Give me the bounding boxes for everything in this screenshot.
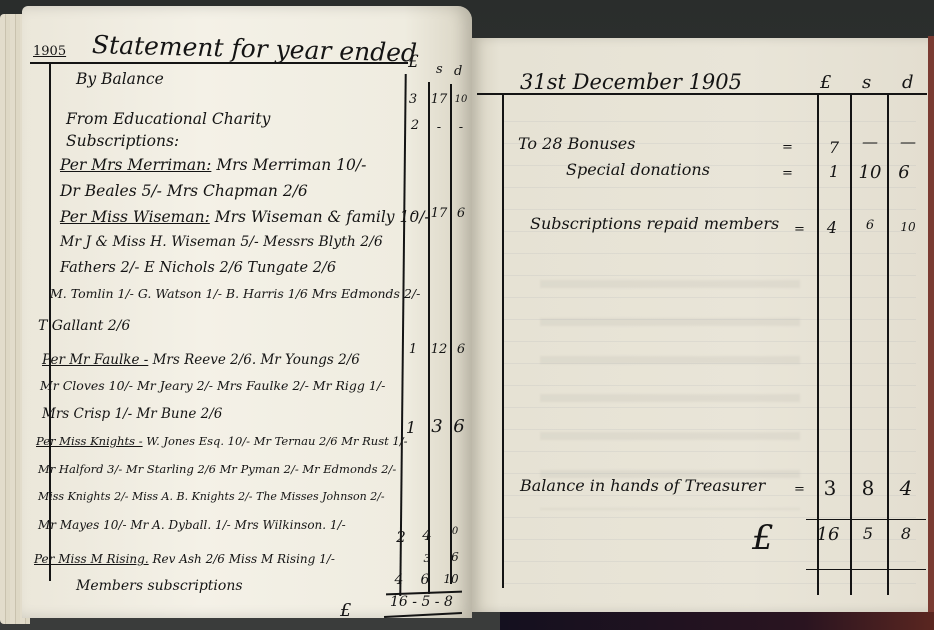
amount-pounds: 3 [816, 476, 844, 500]
shillings-column-rule [850, 95, 852, 595]
equals-mark: = [782, 140, 793, 155]
amount-shillings: 3 [416, 552, 438, 565]
equals-mark: = [782, 166, 793, 181]
amount-pence: 6 [890, 162, 918, 183]
pounds-header: £ [408, 52, 419, 72]
book-cover-bottom [500, 612, 934, 630]
pounds-header: £ [820, 72, 831, 93]
ledger-entry: M. Tomlin 1/- G. Watson 1/- B. Harris 1/… [50, 286, 420, 301]
ledger-entry: To 28 Bonuses [518, 134, 635, 153]
amount-pounds: 4 [388, 572, 410, 588]
amount-pounds: 7 [820, 138, 848, 157]
amount-pence: 6 [444, 550, 466, 564]
amount-shillings: 6 [856, 218, 884, 233]
shillings-header: s [436, 62, 443, 77]
ledger-entry: Balance in hands of Treasurer [520, 476, 765, 495]
total-top-rule [806, 519, 926, 520]
amount-pence: 6 [450, 342, 472, 357]
ledger-entry: Per Miss M Rising. Rev Ash 2/6 Miss M Ri… [34, 552, 335, 566]
year-label: 1905 [33, 44, 66, 59]
ledger-entry: Mrs Crisp 1/- Mr Bune 2/6 [42, 406, 222, 422]
date-heading: 31st December 1905 [520, 70, 742, 94]
ledger-entry: Mr J & Miss H. Wiseman 5/- Messrs Blyth … [60, 234, 383, 250]
amount-pence: 10 [450, 94, 472, 105]
total-pence: 8 [892, 524, 920, 543]
amount-pounds: 2 [390, 528, 412, 546]
amount-pence: - [450, 120, 472, 135]
total-bottom-rule [806, 569, 926, 570]
pence-column-rule [450, 84, 452, 584]
header-rule [477, 93, 927, 95]
amount-shillings: 8 [854, 476, 882, 500]
ledger-entry: Per Mr Faulke - Mrs Reeve 2/6. Mr Youngs… [42, 352, 360, 368]
amount-shillings: 6 [414, 572, 436, 588]
ledger-entry: Mr Cloves 10/- Mr Jeary 2/- Mrs Faulke 2… [40, 378, 385, 393]
total-pounds: 16 [814, 524, 842, 545]
margin-rule [502, 94, 504, 588]
amount-pounds: 4 [818, 218, 846, 237]
amount-shillings: 17 [428, 206, 450, 221]
amount-pounds: 2 [404, 118, 426, 133]
amount-pence: 6 [448, 416, 470, 437]
equals-mark: = [794, 482, 805, 497]
ledger-entry: Mr Halford 3/- Mr Starling 2/6 Mr Pyman … [38, 462, 396, 476]
amount-pence: 4 [892, 476, 920, 500]
amount-shillings: 17 [428, 92, 450, 107]
amount-shillings: 3 [426, 416, 448, 437]
amount-shillings: 10 [856, 162, 884, 183]
ledger-entry: Per Mrs Merriman: Mrs Merriman 10/- [60, 156, 366, 174]
pound-symbol: £ [752, 518, 774, 558]
amount-pence: 10 [894, 220, 922, 234]
ledger-entry: Miss Knights 2/- Miss A. B. Knights 2/- … [38, 490, 385, 503]
equals-mark: = [794, 222, 805, 237]
ledger-entry: Per Miss Wiseman: Mrs Wiseman & family 1… [60, 208, 430, 226]
amount-pounds: 3 [402, 92, 424, 107]
amount-pounds: 1 [820, 162, 848, 181]
shillings-header: s [862, 72, 871, 93]
pound-symbol: £ [340, 600, 351, 621]
ledger-entry: Subscriptions repaid members [530, 214, 779, 233]
ledger-entry: Subscriptions: [66, 132, 179, 150]
amount-shillings: 4 [416, 526, 438, 544]
amount-pence: 6 [450, 206, 472, 221]
ledger-entry: By Balance [76, 70, 164, 88]
ledger-entry: Members subscriptions [76, 578, 243, 594]
ledger-entry: Fathers 2/- E Nichols 2/6 Tungate 2/6 [60, 260, 336, 276]
ledger-entry: T Gallant 2/6 [38, 318, 130, 334]
amount-shillings: 12 [428, 342, 450, 357]
amount-pounds: 1 [402, 342, 424, 357]
ledger-entry: Special donations [566, 160, 710, 179]
header-rule [30, 62, 408, 64]
shillings-column-rule [428, 82, 430, 594]
total-shillings: 5 [854, 524, 882, 543]
pounds-column-rule [817, 95, 819, 595]
book-cover-edge [928, 36, 934, 616]
pence-header: d [454, 64, 462, 79]
ledger-entry: From Educational Charity [66, 110, 270, 128]
amount-pence: 0 [444, 526, 466, 537]
left-total: 16 - 5 - 8 [390, 594, 453, 610]
ledger-entry: Dr Beales 5/- Mrs Chapman 2/6 [60, 182, 308, 200]
amount-pence: — [894, 132, 922, 151]
amount-shillings: — [856, 132, 884, 151]
pence-column-rule [887, 95, 889, 595]
ledger-entry: Per Miss Knights - W. Jones Esq. 10/- Mr… [36, 434, 407, 448]
amount-pence: 10 [440, 572, 462, 586]
amount-shillings: - [428, 120, 450, 135]
pence-header: d [902, 72, 914, 93]
ledger-entry: Mr Mayes 10/- Mr A. Dyball. 1/- Mrs Wilk… [38, 518, 346, 532]
